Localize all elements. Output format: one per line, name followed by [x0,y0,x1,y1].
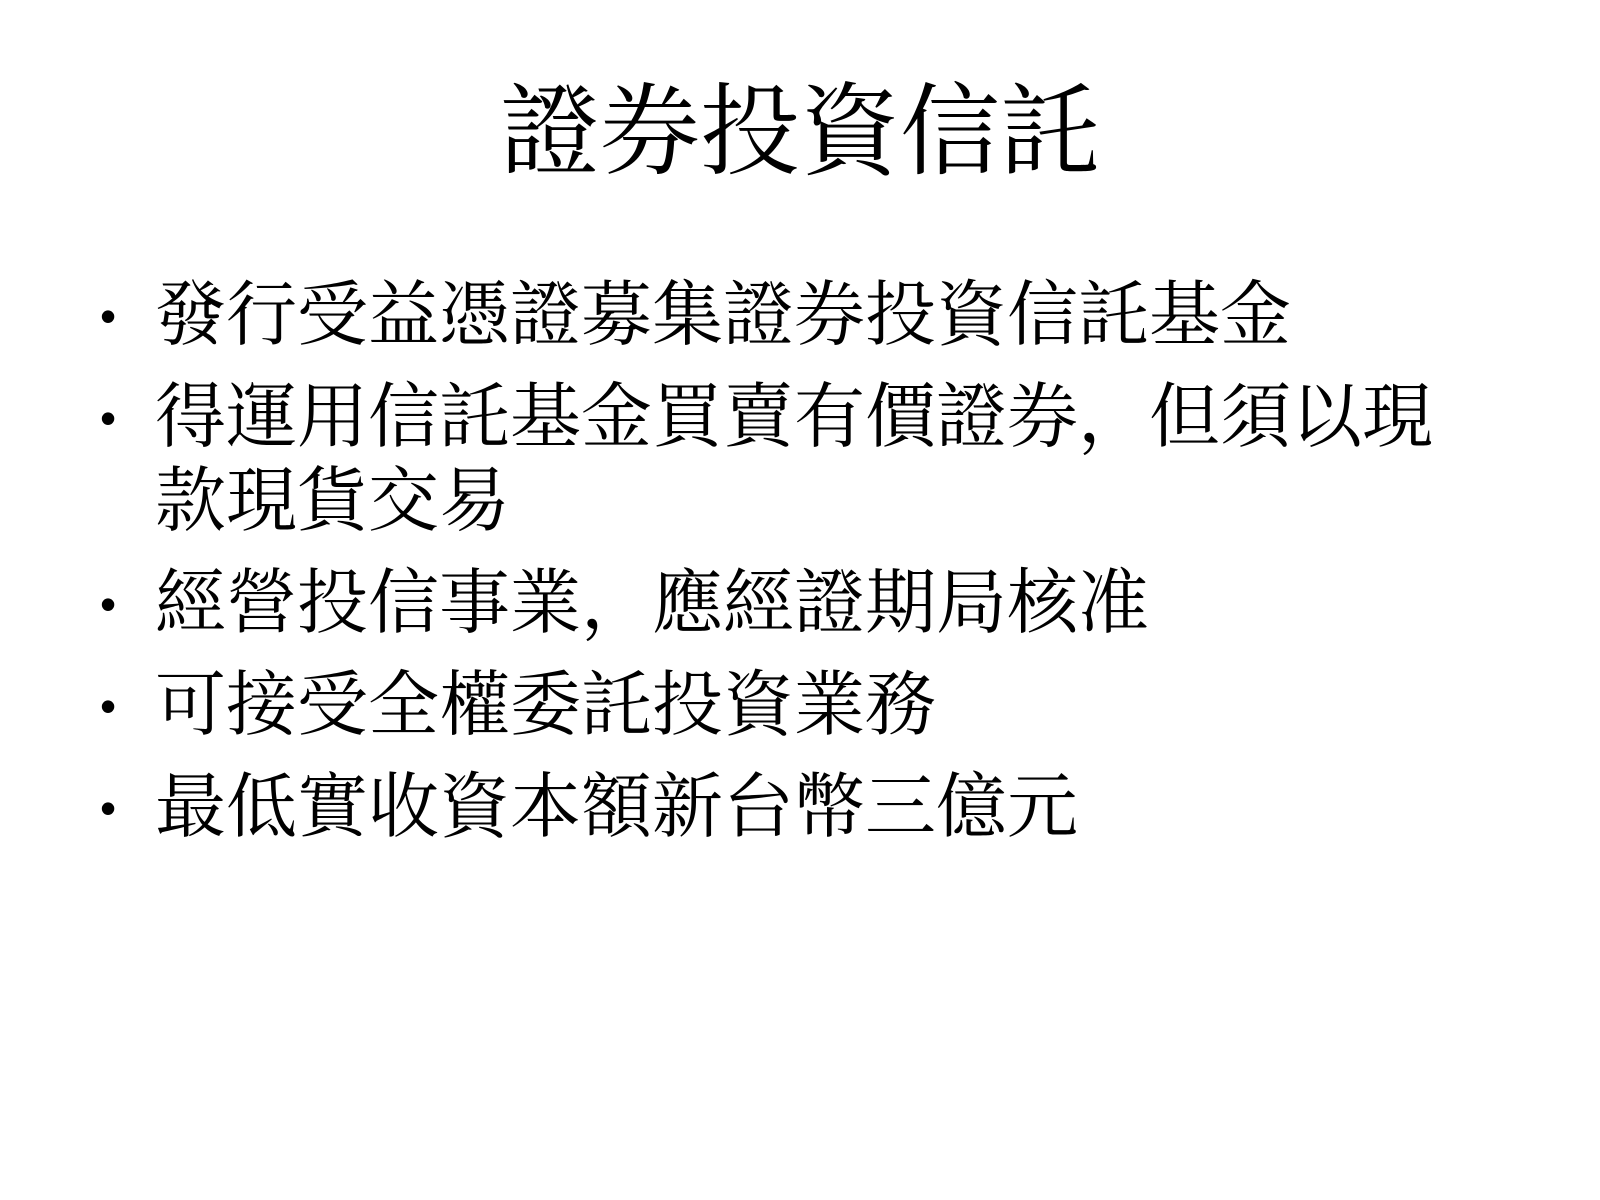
bullet-item: • 經營投信事業，應經證期局核准 [88,562,1460,646]
bullet-marker-icon: • [88,664,155,748]
slide-title: 證券投資信託 [0,72,1600,192]
bullet-text: 發行受益憑證募集證券投資信託基金 [155,274,1455,358]
bullet-text: 經營投信事業，應經證期局核准 [155,562,1455,646]
bullet-marker-icon: • [88,274,155,358]
bullet-item: • 發行受益憑證募集證券投資信託基金 [88,274,1460,358]
bullet-item: • 得運用信託基金買賣有價證券，但須以現款現貨交易 [88,376,1460,544]
bullet-marker-icon: • [88,376,155,460]
bullet-list: • 發行受益憑證募集證券投資信託基金 • 得運用信託基金買賣有價證券，但須以現款… [0,274,1600,850]
bullet-item: • 可接受全權委託投資業務 [88,664,1460,748]
bullet-text: 可接受全權委託投資業務 [155,664,1455,748]
bullet-text: 得運用信託基金買賣有價證券，但須以現款現貨交易 [155,376,1455,544]
bullet-marker-icon: • [88,766,155,850]
bullet-item: • 最低實收資本額新台幣三億元 [88,766,1460,850]
presentation-slide: 證券投資信託 • 發行受益憑證募集證券投資信託基金 • 得運用信託基金買賣有價證… [0,0,1600,1200]
bullet-marker-icon: • [88,562,155,646]
bullet-text: 最低實收資本額新台幣三億元 [155,766,1455,850]
